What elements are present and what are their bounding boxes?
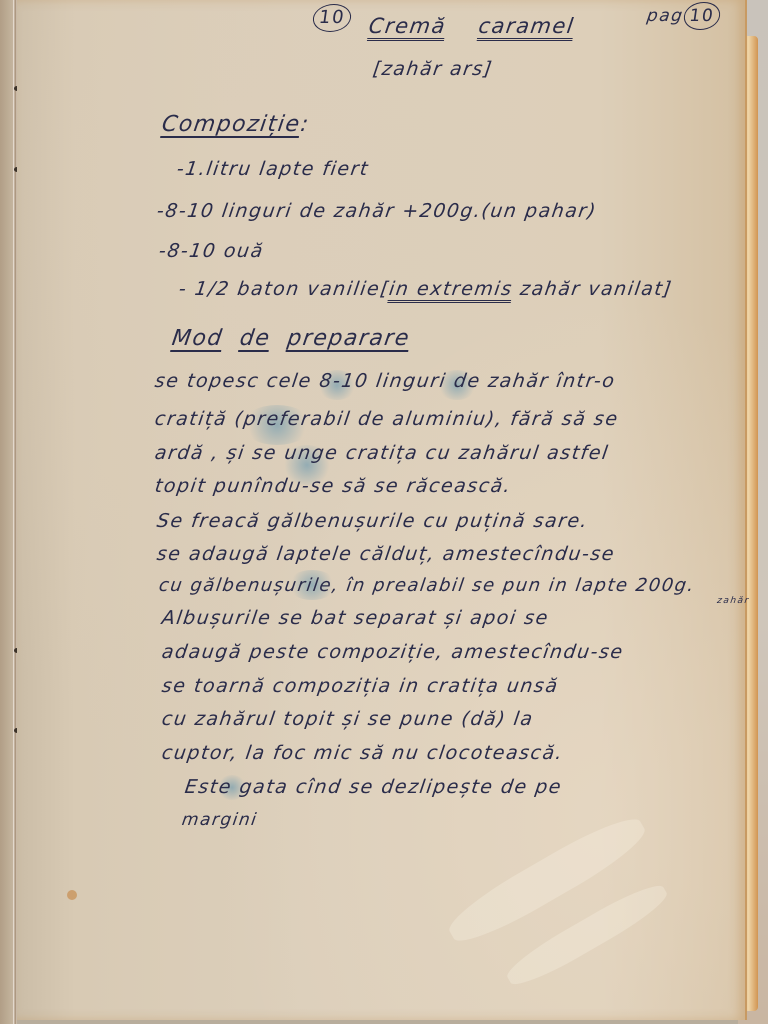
method-line: se adaugă laptele călduț, amestecîndu-se [155, 543, 616, 565]
method-line: adaugă peste compoziție, amestecîndu-se [160, 641, 625, 663]
recipe-page: 10 Cremă caramel [zahăr ars] pag10 Compo… [17, 0, 747, 1020]
page-reference: pag10 [645, 2, 722, 30]
notebook-cover-left [0, 0, 14, 1024]
recipe-title: Cremă caramel [367, 14, 576, 38]
paper-stain [67, 890, 77, 900]
method-line: Albușurile se bat separat și apoi se [160, 607, 550, 629]
method-line: cu zahărul topit și se pune (dă) la [160, 708, 535, 730]
method-line: cratiță (preferabil de aluminiu), fără s… [153, 408, 620, 430]
ingredient-item: -1.litru lapte fiert [175, 158, 370, 180]
ingredients-heading: Compoziție: [160, 112, 311, 137]
method-line: Este gata cînd se dezlipește de pe [183, 776, 563, 798]
method-line: Se freacă gălbenușurile cu puțină sare. [155, 510, 589, 532]
page-number: 10 [682, 2, 723, 30]
method-line: se toarnă compoziția in cratița unsă [160, 675, 560, 697]
title-word-1: Cremă [367, 14, 447, 38]
title-word-2: caramel [477, 14, 576, 38]
method-line: margini [181, 810, 259, 830]
ingredient-item: -8-10 linguri de zahăr +200g.(un pahar) [155, 200, 598, 222]
method-line: ardă , și se unge cratița cu zahărul ast… [153, 442, 610, 464]
method-heading: Mod de preparare [170, 326, 412, 351]
recipe-number: 10 [311, 4, 353, 32]
method-line: cu gălbenușurile, în prealabil se pun in… [158, 575, 697, 596]
method-line: se topesc cele 8-10 linguri de zahăr înt… [153, 370, 617, 392]
method-line: cuptor, la foc mic să nu clocotească. [160, 742, 564, 764]
margin-note: zahăr [716, 596, 750, 606]
emphasis-text: in extremis [388, 278, 515, 300]
method-line: topit punîndu-se să se răcească. [153, 475, 513, 497]
recipe-subtitle: [zahăr ars] [371, 58, 494, 80]
ingredient-item: -8-10 ouă [157, 240, 265, 262]
ingredient-item: - 1/2 baton vanilie[in extremis zahăr va… [177, 278, 673, 300]
